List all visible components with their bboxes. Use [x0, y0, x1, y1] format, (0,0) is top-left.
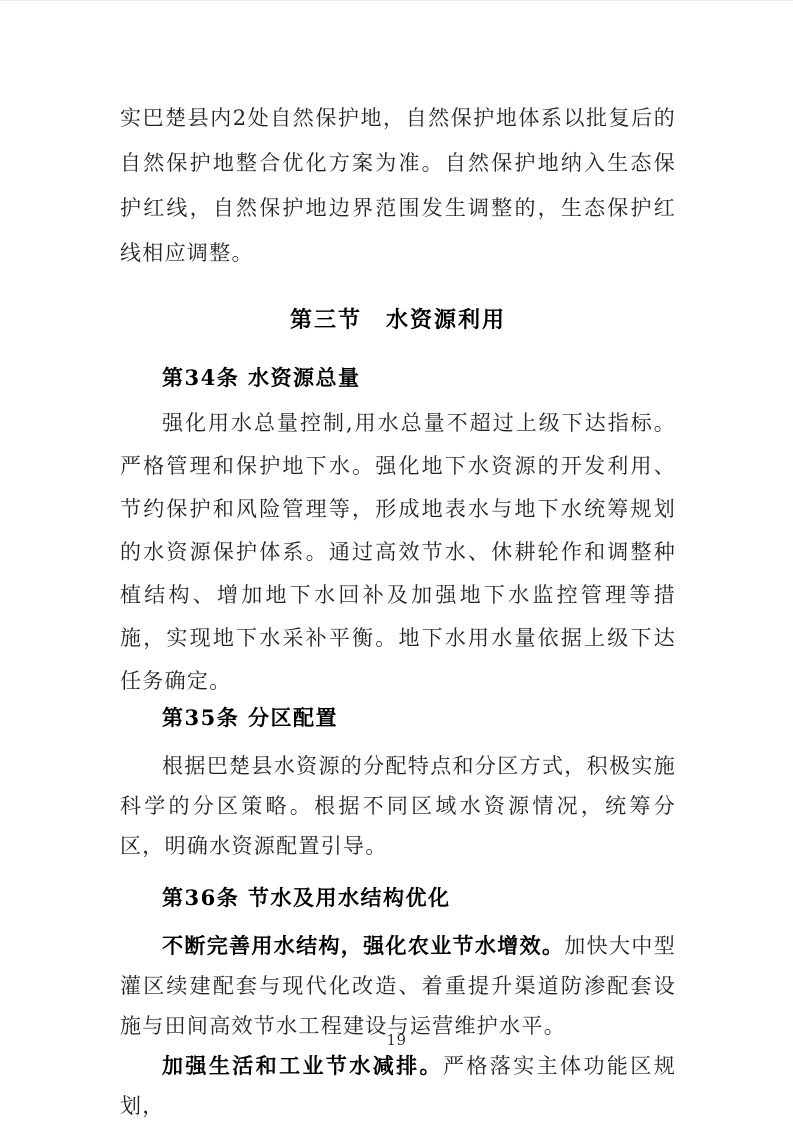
paragraph-lead-bold: 加强生活和工业节水减排。	[162, 1053, 443, 1078]
article-35-paragraph: 根据巴楚县水资源的分配特点和分区方式，积极实施科学的分区策略。根据不同区域水资源…	[120, 746, 676, 866]
page-number: 19	[0, 1031, 793, 1049]
paragraph-lead-bold: 不断完善用水结构，强化农业节水增效。	[162, 933, 564, 958]
article-36-paragraph-2: 加强生活和工业节水减排。严格落实主体功能区规划，	[120, 1046, 676, 1122]
article-34-heading: 第34条 水资源总量	[120, 363, 676, 393]
article-36-paragraph-1: 不断完善用水结构，强化农业节水增效。加快大中型灌区续建配套与现代化改造、着重提升…	[120, 926, 676, 1046]
paragraph-text: 强化用水总量控制,用水总量不超过上级下达指标。严格管理和保护地下水。强化地下水资…	[120, 411, 676, 693]
document-page: 实巴楚县内2处自然保护地，自然保护地体系以批复后的自然保护地整合优化方案为准。自…	[0, 0, 793, 1122]
page-top-edge-line	[0, 0, 793, 1]
article-34-paragraph: 强化用水总量控制,用水总量不超过上级下达指标。严格管理和保护地下水。强化地下水资…	[120, 402, 676, 703]
article-36-heading: 第36条 节水及用水结构优化	[120, 883, 676, 913]
page-content: 实巴楚县内2处自然保护地，自然保护地体系以批复后的自然保护地整合优化方案为准。自…	[120, 96, 676, 1122]
intro-paragraph: 实巴楚县内2处自然保护地，自然保护地体系以批复后的自然保护地整合优化方案为准。自…	[120, 96, 676, 276]
article-35-heading: 第35条 分区配置	[120, 703, 676, 733]
section-title: 第三节 水资源利用	[120, 306, 676, 336]
paragraph-text: 根据巴楚县水资源的分配特点和分区方式，积极实施科学的分区策略。根据不同区域水资源…	[120, 754, 676, 858]
